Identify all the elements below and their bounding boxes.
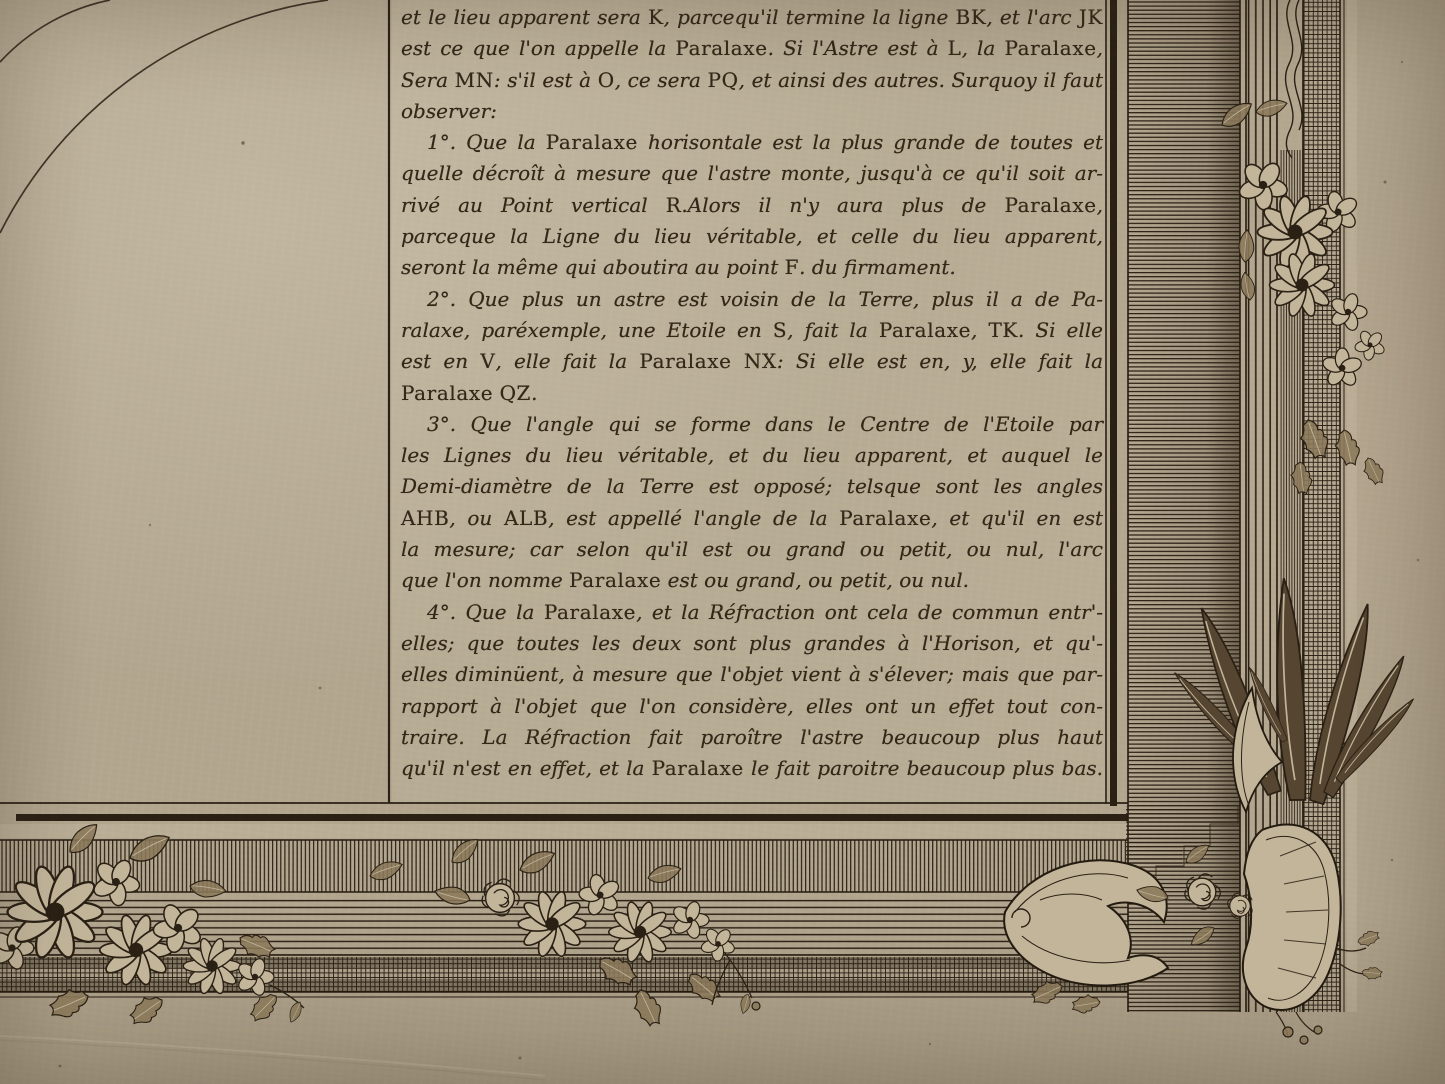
text-column: et le lieu apparent sera K, parcequ'il t… bbox=[401, 2, 1103, 784]
ribbon-ornament bbox=[1286, 0, 1302, 158]
text-line: rapport à l'objet que l'on considère, el… bbox=[401, 691, 1103, 722]
text-line: 1°. Que la Paralaxe horisontale est la p… bbox=[401, 127, 1103, 158]
text-line: AHB, ou ALB, est appellé l'angle de la P… bbox=[401, 503, 1103, 534]
plate-ridge-bottom bbox=[0, 824, 1130, 838]
antique-print-photo: et le lieu apparent sera K, parcequ'il t… bbox=[0, 0, 1445, 1084]
text-line: la mesure; car selon qu'il est ou grand … bbox=[401, 534, 1103, 565]
text-line: et le lieu apparent sera K, parcequ'il t… bbox=[401, 2, 1103, 33]
text-line: traire. La Réfraction fait paroître l'as… bbox=[401, 722, 1103, 753]
paper-crease bbox=[0, 1036, 545, 1076]
text-line: Sera MN: s'il est à O, ce sera PQ, et ai… bbox=[401, 65, 1103, 96]
text-line: est ce que l'on appelle la Paralaxe. Si … bbox=[401, 33, 1103, 64]
text-line: les Lignes du lieu véritable, et du lieu… bbox=[401, 440, 1103, 471]
text-line: 3°. Que l'angle qui se forme dans le Cen… bbox=[401, 409, 1103, 440]
text-line: seront la même qui aboutira au point F. … bbox=[401, 252, 1103, 283]
text-line: quelle décroît à mesure que l'astre mont… bbox=[401, 158, 1103, 189]
text-line: elles diminüent, à mesure que l'objet vi… bbox=[401, 659, 1103, 690]
plate-ridge-right bbox=[1347, 0, 1357, 1012]
text-line: Demi-diamètre de la Terre est opposé; te… bbox=[401, 471, 1103, 502]
text-line: ralaxe, paréxemple, une Etoile en S, fai… bbox=[401, 315, 1103, 346]
text-line: 4°. Que la Paralaxe, et la Réfraction on… bbox=[401, 597, 1103, 628]
text-line: parceque la Ligne du lieu véritable, et … bbox=[401, 221, 1103, 252]
text-line: qu'il n'est en effet, et la Paralaxe le … bbox=[401, 753, 1103, 784]
text-line: que l'on nomme Paralaxe est ou grand, ou… bbox=[401, 565, 1103, 596]
text-line: rivé au Point vertical R.Alors il n'y au… bbox=[401, 190, 1103, 221]
text-line: observer: bbox=[401, 96, 1103, 127]
text-line: 2°. Que plus un astre est voisin de la T… bbox=[401, 284, 1103, 315]
text-line: elles; que toutes les deux sont plus gra… bbox=[401, 628, 1103, 659]
concentric-arc-diagram-fragment bbox=[0, 0, 328, 233]
text-line: est en V, elle fait la Paralaxe NX: Si e… bbox=[401, 346, 1103, 377]
text-line: Paralaxe QZ. bbox=[401, 378, 1103, 409]
